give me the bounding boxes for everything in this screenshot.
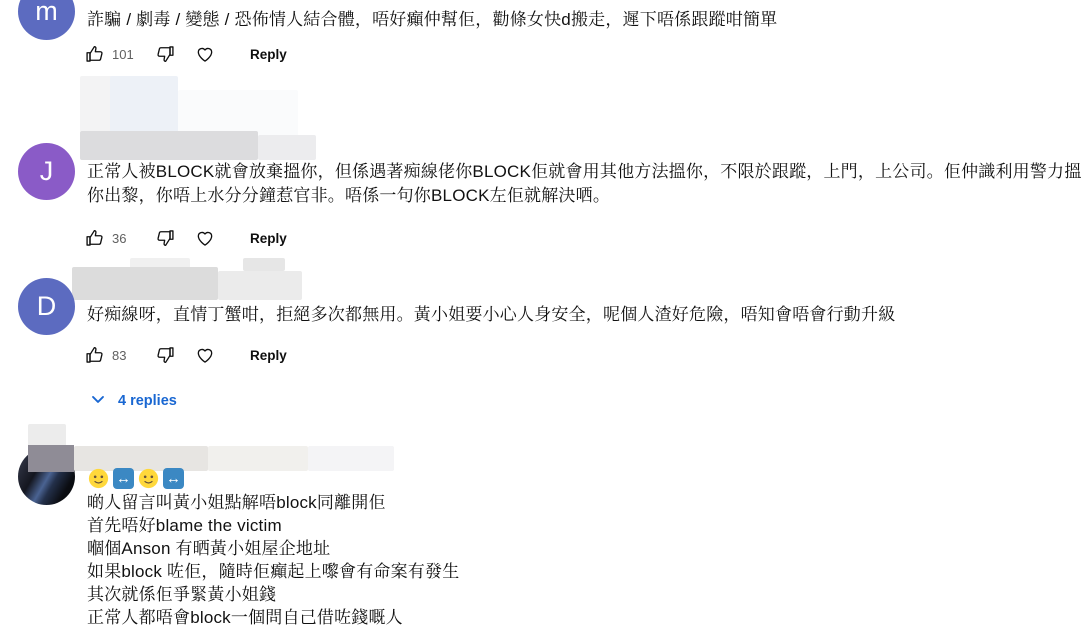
thumb-up-icon (85, 44, 105, 64)
avatar-letter: J (40, 158, 54, 185)
redacted-username-blur (258, 135, 316, 160)
comment-text: 好痴線呀，直情丁蟹咁，拒絕多次都無用。黃小姐要小心人身安全，呢個人渣好危險，唔知… (87, 303, 1086, 327)
avatar[interactable]: m (18, 0, 75, 40)
redacted-username-blur (80, 131, 258, 160)
chevron-down-icon (88, 389, 108, 412)
comments-section: m 詐騙 / 劇毒 / 變態 / 恐佈情人結合體，唔好癲仲幫佢，勸條女快d搬走，… (0, 0, 1092, 639)
heart-icon (195, 228, 215, 248)
like-count: 36 (112, 231, 142, 246)
comment-text-line: 啲人留言叫黃小姐點解唔block同離開佢 (87, 491, 1086, 514)
heart-icon (195, 345, 215, 365)
redacted-username-blur (243, 258, 285, 271)
redacted-username-blur (72, 267, 218, 300)
comment-text-line: 其次就係佢爭緊黃小姐錢 (87, 583, 1086, 606)
slightly-smiling-face-emoji-icon (88, 468, 109, 489)
comment-text-line: 正常人都唔會block一個問自己借咗錢嘅人 (87, 606, 1086, 629)
dislike-button[interactable] (154, 43, 176, 65)
like-count: 101 (112, 47, 142, 62)
heart-button[interactable] (194, 227, 216, 249)
avatar[interactable]: D (18, 278, 75, 335)
reply-button[interactable]: Reply (250, 47, 287, 62)
comment-text-line: 嗰個Anson 有晒黃小姐屋企地址 (87, 537, 1086, 560)
dislike-button[interactable] (154, 344, 176, 366)
replies-toggle-label: 4 replies (118, 393, 177, 409)
redacted-username-blur (208, 446, 308, 471)
avatar-letter: D (37, 293, 57, 320)
avatar-letter: m (35, 0, 58, 25)
thumb-up-icon (85, 228, 105, 248)
dislike-button[interactable] (154, 227, 176, 249)
redacted-username-blur (28, 445, 74, 472)
comment-text-line: 首先唔好blame the victim (87, 514, 1086, 537)
like-button[interactable] (84, 227, 106, 249)
comment-text: 詐騙 / 劇毒 / 變態 / 恐佈情人結合體，唔好癲仲幫佢，勸條女快d搬走，遲下… (87, 8, 1082, 32)
replies-toggle-button[interactable]: 4 replies (88, 389, 177, 412)
left-right-arrow-emoji-icon: ↔ (163, 468, 184, 489)
thumb-down-icon (155, 345, 175, 365)
comment-text: 正常人被BLOCK就會放棄搵你，但係遇著痴線佬你BLOCK佢就會用其他方法搵你，… (87, 160, 1086, 207)
heart-icon (195, 44, 215, 64)
thumb-down-icon (155, 228, 175, 248)
comment-text: 啲人留言叫黃小姐點解唔block同離開佢 首先唔好blame the victi… (87, 491, 1086, 629)
reply-button[interactable]: Reply (250, 231, 287, 246)
thumb-up-icon (85, 345, 105, 365)
heart-button[interactable] (194, 43, 216, 65)
emoji-row: ↔ ↔ (88, 468, 184, 489)
reply-button[interactable]: Reply (250, 348, 287, 363)
like-button[interactable] (84, 43, 106, 65)
redacted-username-blur (308, 446, 394, 471)
thumb-down-icon (155, 44, 175, 64)
left-right-arrow-emoji-icon: ↔ (113, 468, 134, 489)
like-button[interactable] (84, 344, 106, 366)
avatar[interactable]: J (18, 143, 75, 200)
redacted-username-blur (218, 271, 302, 300)
comment-text-line: 如果block 咗佢，隨時佢癲起上嚟會有命案有發生 (87, 560, 1086, 583)
heart-button[interactable] (194, 344, 216, 366)
slightly-smiling-face-emoji-icon (138, 468, 159, 489)
like-count: 83 (112, 348, 142, 363)
